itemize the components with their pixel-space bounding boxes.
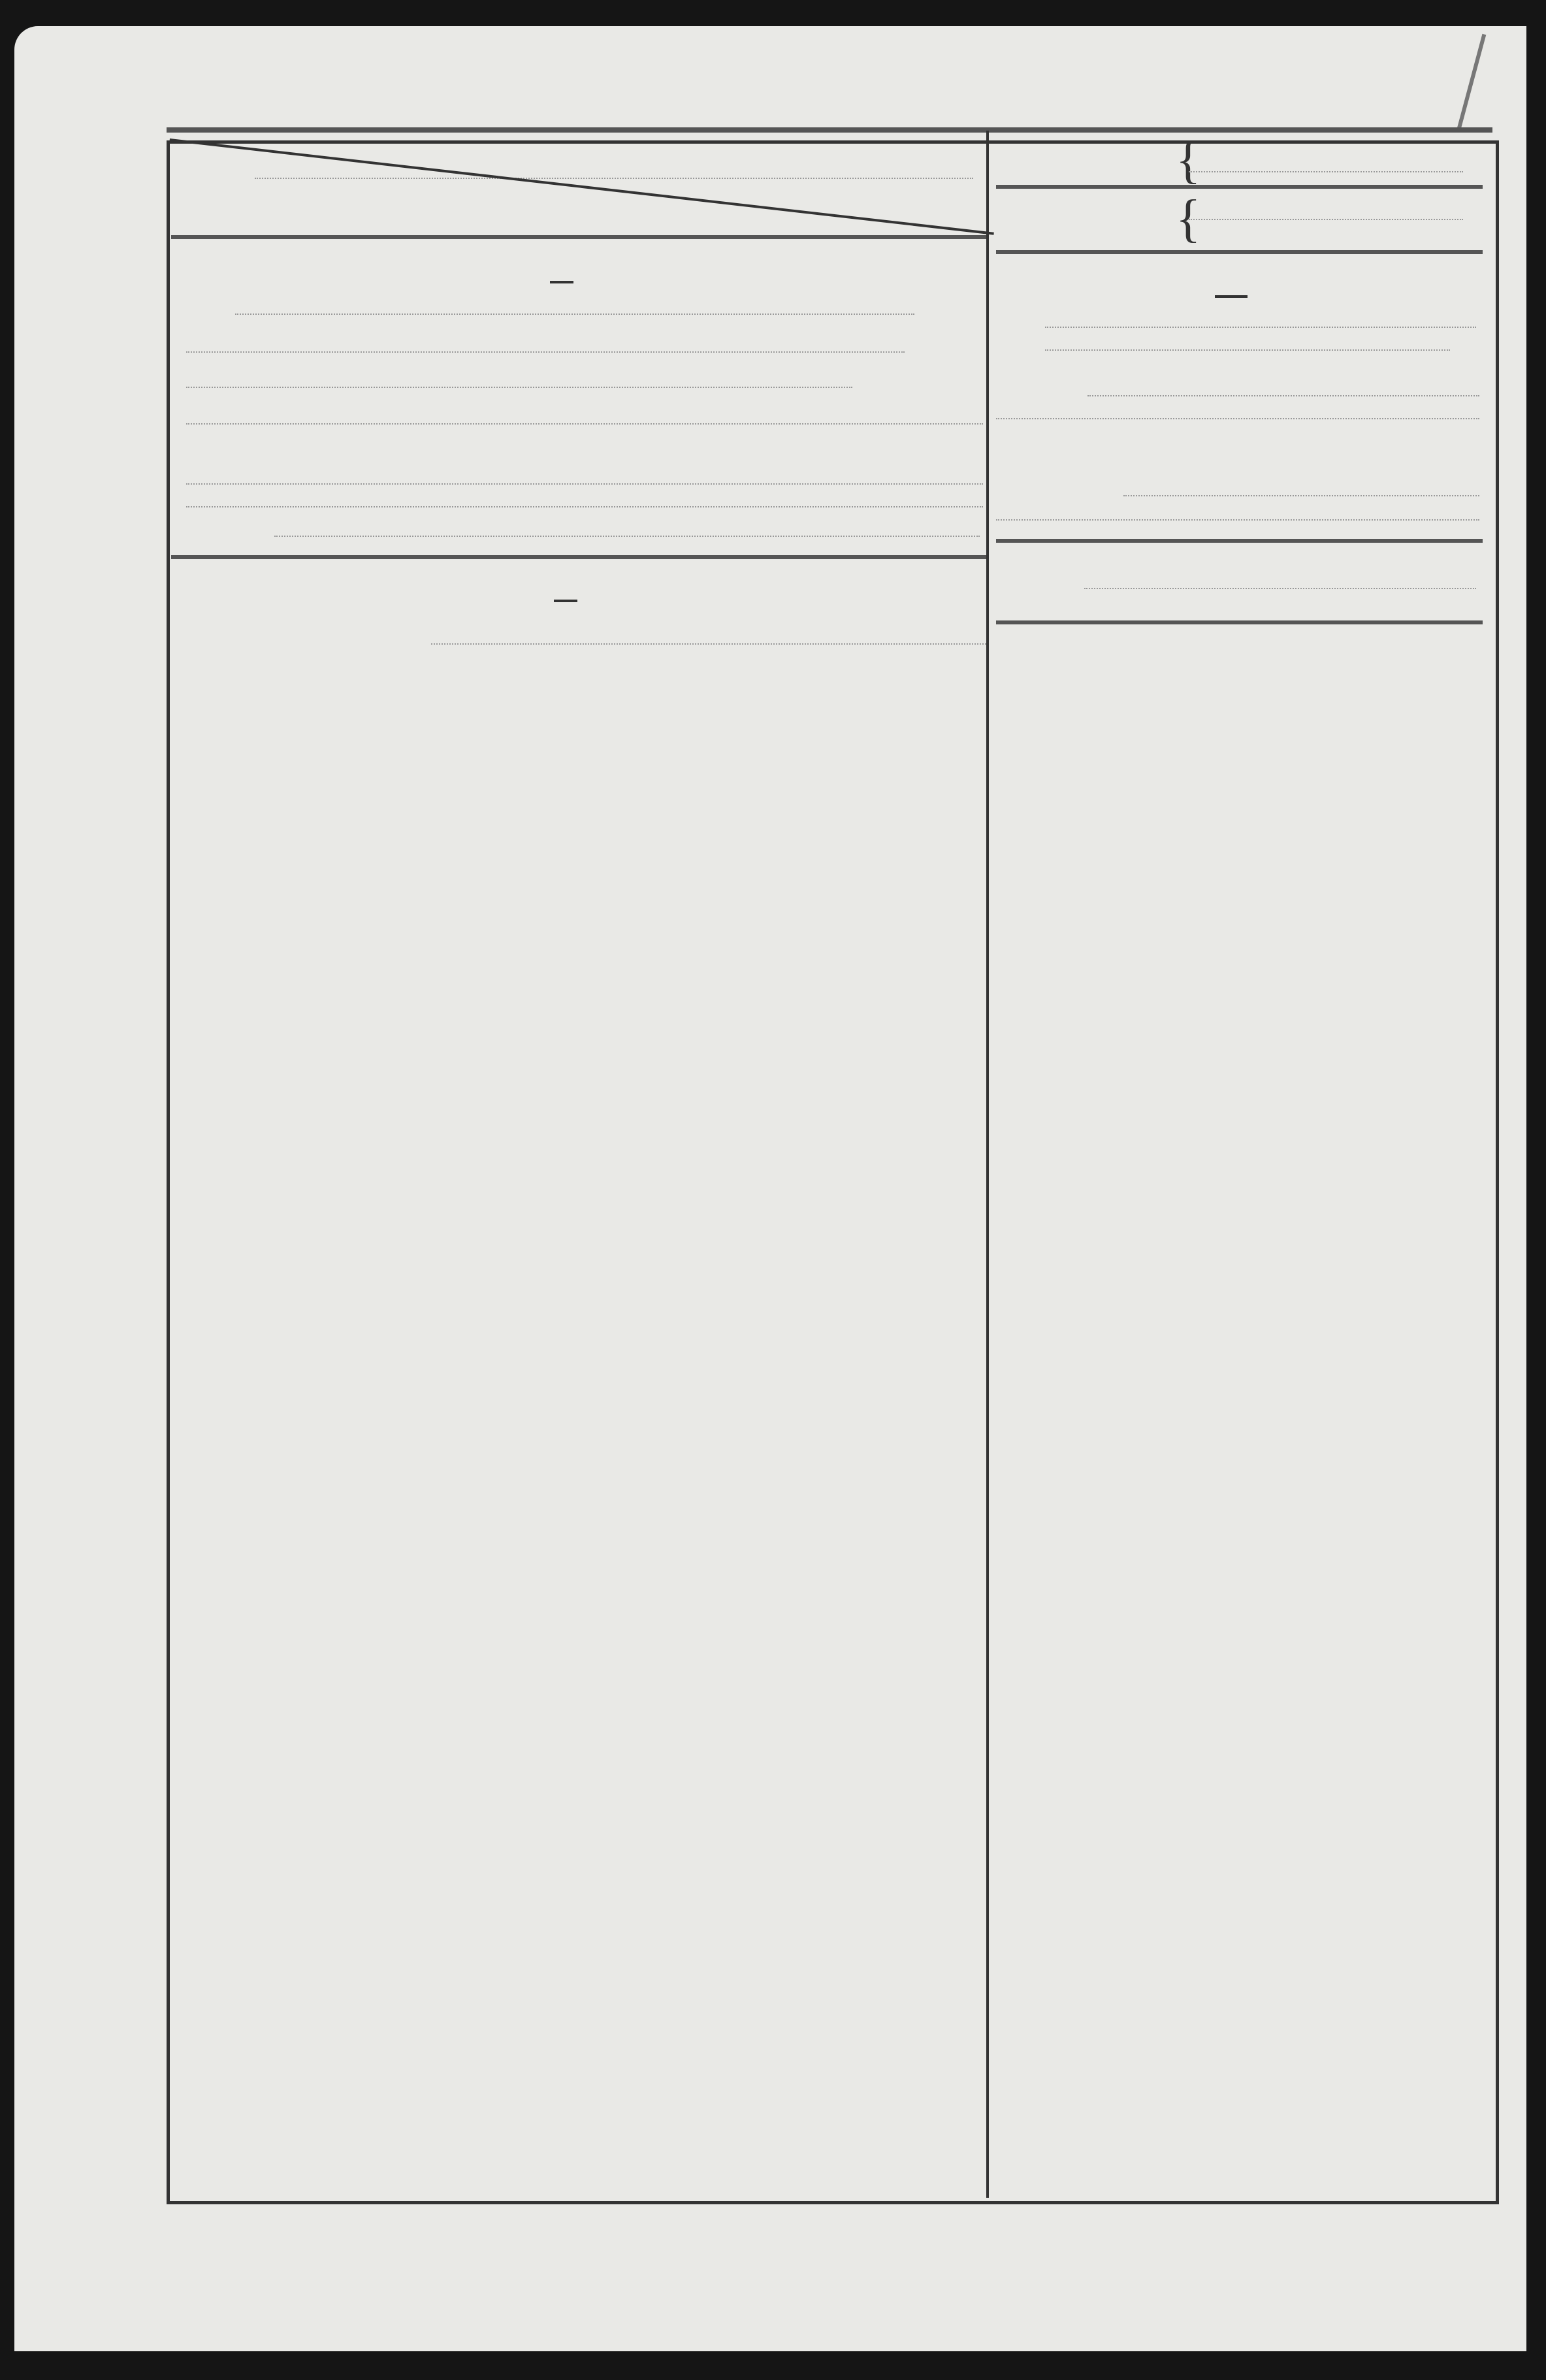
brace: { — [1176, 131, 1200, 190]
matricule-rule — [996, 185, 1483, 189]
title-underline — [554, 600, 577, 602]
line — [1087, 395, 1479, 396]
degre-bottom-rule — [996, 620, 1483, 624]
nom-line — [255, 178, 973, 179]
line — [1084, 588, 1476, 589]
line — [235, 314, 914, 315]
signalement-bottom-rule — [996, 539, 1483, 543]
form-frame — [167, 140, 1499, 2204]
line — [186, 423, 983, 425]
title-underline — [1215, 295, 1248, 298]
line — [996, 418, 1479, 419]
matricule-line — [1189, 171, 1463, 172]
title-underline — [550, 281, 573, 283]
classe-line — [1189, 219, 1463, 220]
column-divider — [986, 131, 989, 2198]
line — [186, 483, 983, 485]
classe-rule — [996, 250, 1483, 254]
header-bottom-rule — [171, 235, 986, 239]
marie-line — [274, 536, 980, 537]
line — [1045, 327, 1476, 328]
line — [1045, 349, 1450, 351]
line — [186, 506, 983, 507]
line — [996, 519, 1479, 521]
line — [186, 351, 905, 353]
line — [431, 643, 986, 645]
line — [186, 387, 852, 388]
top-rule — [167, 127, 1492, 133]
etat-civil-bottom-rule — [171, 555, 986, 559]
line — [1123, 495, 1479, 496]
